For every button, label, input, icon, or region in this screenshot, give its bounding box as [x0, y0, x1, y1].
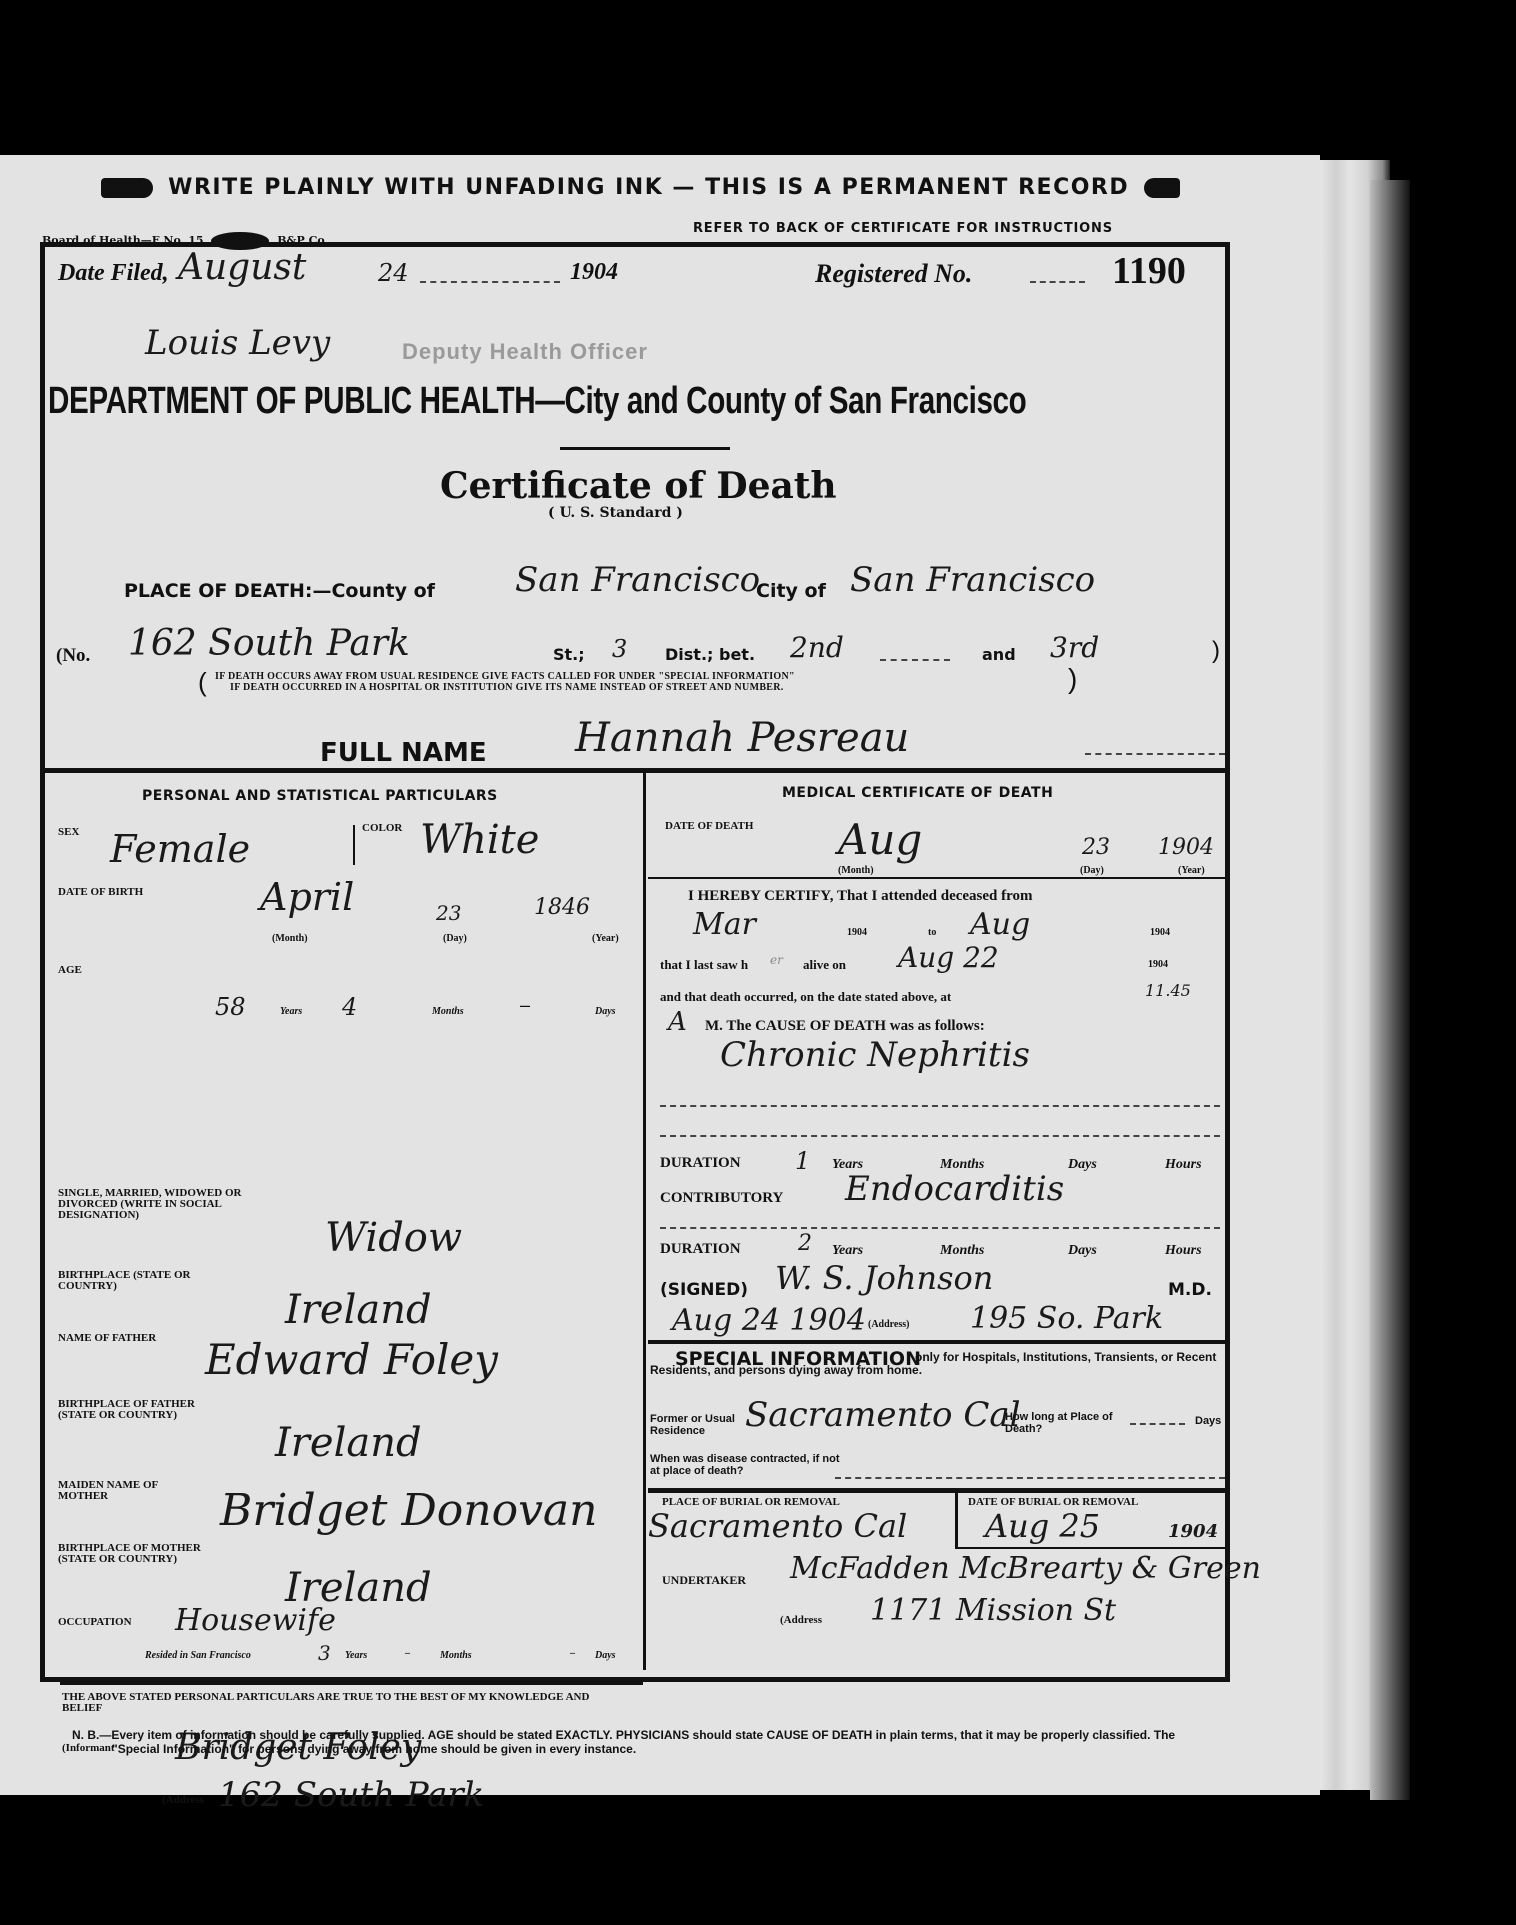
death-day-caption: (Day) [1080, 865, 1104, 876]
physician-address-label: (Address) [868, 1319, 909, 1330]
undertaker-label: UNDERTAKER [662, 1575, 746, 1586]
burial-date: Aug 25 [985, 1507, 1100, 1545]
days-at-place-label: Days [1195, 1415, 1221, 1427]
duration-days-caption: Days [1068, 1157, 1097, 1173]
dob-month-caption: (Month) [272, 933, 308, 944]
age-months-caption: Months [432, 1006, 464, 1017]
informant-statement: THE ABOVE STATED PERSONAL PARTICULARS AR… [62, 1692, 632, 1714]
death-certificate: WRITE PLAINLY WITH UNFADING INK — THIS I… [0, 155, 1320, 1795]
personal-section-title: PERSONAL AND STATISTICAL PARTICULARS [142, 788, 498, 804]
attended-from: Mar [693, 907, 756, 942]
occupation-label: OCCUPATION [58, 1617, 132, 1628]
resided-years-caption: Years [345, 1650, 367, 1661]
footer-note: N. B.—Every item of information should b… [72, 1728, 1202, 1756]
mother-maiden-name-label: MAIDEN NAME OF MOTHER [58, 1480, 178, 1502]
death-time: 11.45 [1145, 981, 1191, 1000]
duration-years: 1 [795, 1147, 810, 1175]
physician-signature: W. S. Johnson [775, 1259, 993, 1297]
mother-maiden-name: Bridget Donovan [220, 1485, 598, 1536]
physician-address: 195 So. Park [970, 1301, 1163, 1336]
district-label: Dist.; bet. [665, 645, 755, 664]
former-residence-label: Former or Usual Residence [650, 1413, 740, 1437]
st-label: St.; [553, 645, 585, 664]
occupation: Housewife [175, 1603, 336, 1638]
informant-address: 162 South Park [218, 1775, 484, 1815]
death-year-caption: (Year) [1178, 865, 1205, 876]
occurred-text: and that death occurred, on the date sta… [660, 989, 951, 1005]
department-heading: DEPARTMENT OF PUBLIC HEALTH—City and Cou… [48, 380, 1026, 423]
burial-year: 1904 [1168, 1521, 1218, 1542]
certify-text: I HEREBY CERTIFY, That I attended deceas… [688, 888, 1033, 905]
color-value: White [420, 817, 539, 863]
attended-to-year: 1904 [1150, 927, 1170, 938]
close-brace: ) [1068, 663, 1077, 695]
dob-day-caption: (Day) [443, 933, 467, 944]
informant-address-label: (Address [162, 1795, 204, 1806]
dob-year: 1846 [534, 895, 590, 920]
birthplace: Ireland [285, 1287, 432, 1333]
birthplace-label: BIRTHPLACE (State or Country) [58, 1270, 208, 1292]
last-saw-pronoun: er [770, 953, 783, 967]
undertaker-address-label: (Address [780, 1615, 822, 1626]
age-years-caption: Years [280, 1006, 302, 1017]
last-saw-year: 1904 [1148, 959, 1168, 970]
duration-hours-caption: Hours [1165, 1157, 1202, 1173]
dob-year-caption: (Year) [592, 933, 619, 944]
health-officer-signature: Louis Levy [145, 323, 330, 363]
former-residence: Sacramento Cal [745, 1395, 1021, 1435]
death-county: San Francisco [515, 560, 760, 600]
close-paren: ) [1212, 637, 1220, 665]
dob-label: DATE OF BIRTH [58, 887, 143, 898]
between-street-1: 2nd [790, 631, 844, 664]
contributory-cause: Endocarditis [845, 1169, 1064, 1209]
permanent-record-banner: WRITE PLAINLY WITH UNFADING INK — THIS I… [95, 175, 1186, 200]
cause-label: M. The CAUSE OF DEATH was as follows: [705, 1018, 985, 1035]
and-label: and [982, 645, 1016, 664]
pointing-hand-icon [101, 178, 153, 198]
duration2-years-caption: Years [832, 1243, 863, 1259]
city-label: City of [756, 580, 826, 602]
resided-days: – [570, 1648, 575, 1659]
undertaker-name: McFadden McBrearty & Green [790, 1551, 1261, 1586]
father-name-label: NAME OF FATHER [58, 1333, 158, 1344]
father-birthplace: Ireland [275, 1420, 422, 1466]
death-day: 23 [1082, 835, 1110, 860]
physician-signed-date: Aug 24 1904 [672, 1303, 866, 1338]
date-filed-day: 24 [378, 259, 409, 287]
attended-to: Aug [970, 907, 1030, 942]
health-officer-stamp: Deputy Health Officer [402, 339, 648, 365]
resided-years: 3 [318, 1641, 331, 1665]
date-filed-label: Date Filed, [58, 260, 169, 287]
medical-section-title: MEDICAL CERTIFICATE OF DEATH [782, 785, 1053, 801]
burial-place: Sacramento Cal [648, 1507, 907, 1545]
instructions-note: REFER TO BACK OF CERTIFICATE FOR INSTRUC… [693, 221, 1113, 236]
attended-from-year: 1904 [847, 927, 867, 938]
marital-status: Widow [325, 1215, 462, 1261]
date-of-death-label: DATE OF DEATH [665, 821, 753, 832]
death-city: San Francisco [850, 560, 1095, 600]
certificate-frame [40, 242, 1230, 1682]
signed-label: (SIGNED) [660, 1280, 748, 1300]
duration2-hours-caption: Hours [1165, 1243, 1202, 1259]
undertaker-address: 1171 Mission St [870, 1593, 1116, 1628]
color-label: COLOR [362, 823, 402, 834]
death-month: Aug [838, 815, 922, 864]
duration2-years: 2 [798, 1231, 812, 1256]
dob-day: 23 [436, 901, 461, 925]
registered-number: 1190 [1112, 249, 1186, 293]
mother-birthplace-label: BIRTHPLACE OF MOTHER (State or Country) [58, 1543, 208, 1565]
alive-on-label: alive on [803, 957, 846, 973]
sex-label: SEX [58, 827, 79, 838]
date-filed-year: 1904 [570, 259, 618, 286]
age-days-caption: Days [595, 1006, 616, 1017]
age-years: 58 [215, 993, 246, 1021]
dob-month: April [260, 875, 354, 919]
between-street-2: 3rd [1050, 631, 1099, 664]
st-value: 3 [612, 635, 627, 663]
registered-label: Registered No. [815, 259, 972, 289]
contributory-label: CONTRIBUTORY [660, 1190, 783, 1207]
pointing-hand-icon [1144, 178, 1180, 198]
father-name: Edward Foley [205, 1335, 498, 1384]
duration-label: DURATION [660, 1155, 741, 1172]
how-long-label: How long at Place of Death? [1005, 1411, 1125, 1435]
duration2-months-caption: Months [940, 1243, 984, 1259]
disease-contracted-label: When was disease contracted, if not at p… [650, 1453, 850, 1477]
resided-months: – [405, 1648, 410, 1659]
death-year: 1904 [1158, 835, 1214, 860]
certificate-subtitle: ( U. S. Standard ) [548, 505, 683, 521]
street-number-label: (No. [56, 645, 90, 667]
duration2-days-caption: Days [1068, 1243, 1097, 1259]
md-label: M.D. [1168, 1280, 1212, 1300]
certificate-title: Certificate of Death [440, 465, 837, 507]
decedent-full-name: Hannah Pesreau [575, 715, 909, 761]
to-label: to [928, 927, 936, 938]
place-of-death-label: PLACE OF DEATH:—County of [124, 580, 435, 602]
resided-label: Resided in San Francisco [145, 1650, 251, 1661]
marital-status-label: SINGLE, MARRIED, WIDOWED OR DIVORCED (Wr… [58, 1188, 298, 1221]
cause-of-death: Chronic Nephritis [720, 1035, 1030, 1075]
sex-value: Female [110, 827, 250, 871]
resided-months-caption: Months [440, 1650, 472, 1661]
residence-note-line1: IF DEATH OCCURS AWAY FROM USUAL RESIDENC… [215, 671, 795, 682]
age-label: AGE [58, 965, 82, 976]
death-meridiem: A [668, 1007, 687, 1037]
age-months: 4 [342, 993, 357, 1021]
full-name-label: FULL NAME [320, 738, 487, 768]
resided-days-caption: Days [595, 1650, 616, 1661]
date-filed-month: August [178, 247, 306, 288]
father-birthplace-label: BIRTHPLACE OF FATHER (State or Country) [58, 1399, 208, 1421]
open-brace: ( [198, 667, 207, 698]
residence-note-line2: IF DEATH OCCURRED IN A HOSPITAL OR INSTI… [230, 682, 784, 693]
death-street-address: 162 South Park [128, 623, 410, 664]
death-month-caption: (Month) [838, 865, 874, 876]
duration2-label: DURATION [660, 1241, 741, 1258]
last-saw-date: Aug 22 [898, 941, 999, 974]
last-saw-label: that I last saw h [660, 957, 748, 973]
book-spine-edge [1370, 180, 1410, 1800]
age-days: – [520, 995, 530, 1016]
special-info-subtitle: only for Hospitals, Institutions, Transi… [650, 1351, 1225, 1377]
